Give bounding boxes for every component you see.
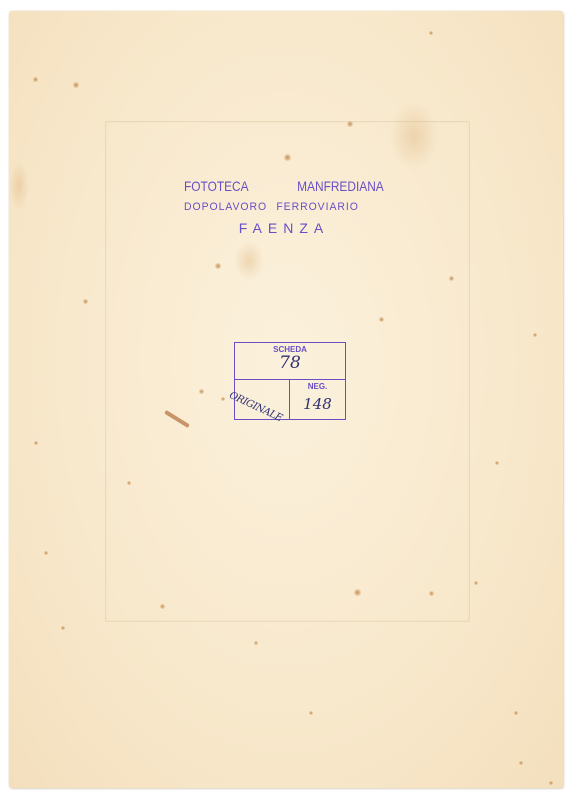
handwritten-note: ORIGINALE: [227, 390, 283, 424]
stamp-text-manfrediana: MANFREDIANA: [297, 178, 384, 194]
foxing-spot: [379, 317, 384, 322]
negative-cell: NEG. 148: [290, 380, 345, 420]
foxing-spot: [347, 121, 353, 127]
stamp-text-dopolavoro: DOPOLAVORO: [184, 201, 267, 213]
foxing-spot: [33, 77, 38, 82]
institution-stamp: FOTOTECA MANFREDIANA DOPOLAVORO FERROVIA…: [180, 178, 380, 236]
foxing-spot: [34, 441, 38, 445]
foxing-spot: [44, 551, 48, 555]
foxing-spot: [127, 481, 131, 485]
foxing-spot: [221, 397, 225, 401]
stamp-text-fototeca: FOTOTECA: [184, 178, 249, 194]
stamp-text-ferroviario: FERROVIARIO: [276, 201, 358, 213]
foxing-spot: [533, 333, 537, 337]
water-stain: [389, 101, 439, 171]
foxing-spot: [495, 461, 499, 465]
foxing-spot: [474, 581, 478, 585]
foxing-spot: [83, 299, 88, 304]
foxing-spot: [160, 604, 165, 609]
neg-label: NEG.: [290, 380, 345, 391]
foxing-spot: [309, 711, 313, 715]
foxing-spot: [429, 31, 433, 35]
foxing-spot: [519, 761, 523, 765]
scheda-number: 78: [235, 353, 345, 373]
foxing-spot: [354, 589, 361, 596]
foxing-spot: [73, 82, 79, 88]
foxing-spot: [254, 641, 258, 645]
foxing-spot: [514, 711, 518, 715]
water-stain: [234, 241, 264, 281]
foxing-spot: [199, 389, 204, 394]
negative-number: 148: [290, 395, 345, 413]
foxing-spot: [284, 154, 291, 161]
foxing-spot: [449, 276, 454, 281]
foxing-spot: [215, 263, 221, 269]
catalog-record-stamp: SCHEDA 78 ORIGINALE NEG. 148: [234, 342, 346, 420]
foxing-spot: [549, 781, 553, 785]
water-stain: [9, 161, 29, 211]
scheda-cell: SCHEDA 78: [235, 343, 345, 380]
note-cell: ORIGINALE: [235, 380, 290, 420]
stamp-text-faenza: FAENZA: [188, 220, 380, 236]
foxing-spot: [61, 626, 65, 630]
foxing-spot: [429, 591, 434, 596]
